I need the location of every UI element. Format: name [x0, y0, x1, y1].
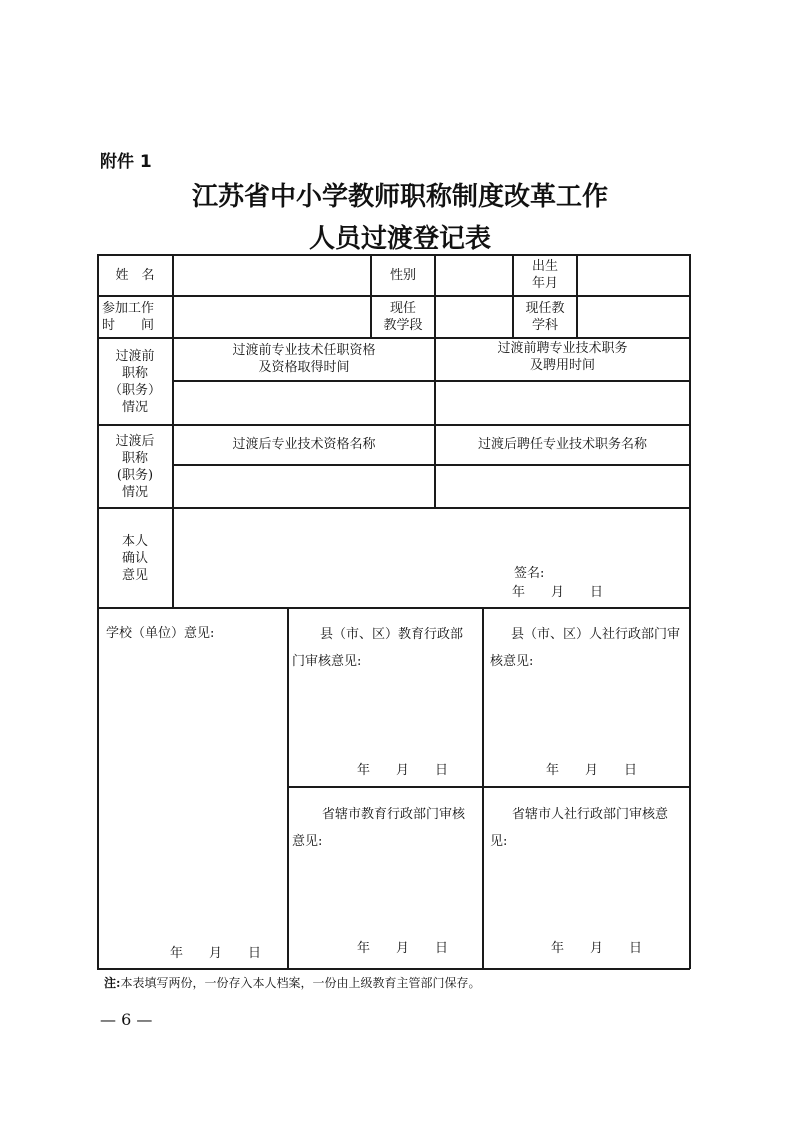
city-hr-opinion-label-line2: 见: — [490, 833, 507, 850]
city-edu-opinion-label-line2: 意见: — [292, 833, 322, 850]
footnote-text: 本表填写两份，一份存入本人档案，一份由上级教育主管部门保存。 — [120, 976, 480, 990]
birth-label-line2: 年月 — [532, 275, 558, 292]
work-start-field[interactable] — [174, 298, 369, 336]
work-start-label: 参加工作 时 间 — [98, 297, 172, 337]
after-qualification-header: 过渡后专业技术资格名称 — [174, 425, 434, 464]
county-hr-opinion-date: 年 月 日 — [546, 762, 637, 779]
page-number: — 6 — — [100, 1010, 152, 1029]
before-position-field[interactable] — [436, 382, 688, 423]
before-label-line4: 情况 — [122, 399, 148, 416]
row-divider — [287, 786, 690, 788]
before-position-header-line2: 及聘用时间 — [530, 357, 595, 374]
confirm-label-line1: 本人 — [122, 533, 148, 550]
birth-label: 出生 年月 — [514, 255, 576, 295]
signature-label: 签名: — [514, 565, 544, 582]
before-label-line3: （职务） — [109, 382, 161, 399]
after-label-line2: 职称 — [122, 450, 148, 467]
document-subtitle: 人员过渡登记表 — [0, 218, 800, 255]
before-label-line1: 过渡前 — [115, 348, 154, 365]
before-qualification-header: 过渡前专业技术任职资格 及资格取得时间 — [174, 338, 434, 380]
confirm-label-line2: 确认 — [122, 550, 148, 567]
subject-label-line1: 现任教 — [525, 300, 564, 317]
confirm-opinion-field[interactable] — [174, 509, 688, 564]
before-label-line2: 职称 — [122, 365, 148, 382]
school-opinion-date: 年 月 日 — [170, 945, 261, 962]
before-qualification-field[interactable] — [174, 382, 433, 423]
table-border-bottom — [97, 968, 690, 970]
stage-field[interactable] — [436, 298, 511, 336]
after-section-label: 过渡后 职称 (职务) 情况 — [98, 426, 172, 507]
footnote-prefix: 注: — [104, 976, 120, 990]
after-position-field[interactable] — [436, 466, 688, 506]
gender-field[interactable] — [436, 256, 511, 294]
birth-label-line1: 出生 — [532, 258, 558, 275]
before-section-label: 过渡前 职称 （职务） 情况 — [98, 339, 172, 424]
work-start-label-line2: 时 间 — [98, 317, 172, 334]
subject-field[interactable] — [578, 298, 688, 336]
gender-label: 性别 — [372, 255, 434, 295]
birth-field[interactable] — [578, 256, 688, 294]
city-hr-opinion-label-line1: 省辖市人社行政部门审核意 — [512, 806, 668, 823]
stage-label-line1: 现任 — [390, 300, 416, 317]
after-position-header: 过渡后聘任专业技术职务名称 — [436, 425, 689, 464]
col-divider — [287, 607, 289, 968]
footnote: 注:本表填写两份，一份存入本人档案，一份由上级教育主管部门保存。 — [104, 974, 480, 991]
county-hr-opinion-label-line2: 核意见: — [490, 653, 533, 670]
county-edu-opinion-label-line2: 门审核意见: — [292, 653, 361, 670]
after-label-line3: (职务) — [117, 467, 153, 484]
after-qualification-field[interactable] — [174, 466, 433, 506]
subject-label-line2: 学科 — [532, 317, 558, 334]
city-edu-opinion-label-line1: 省辖市教育行政部门审核 — [322, 806, 465, 823]
stage-label: 现任 教学段 — [372, 297, 434, 337]
before-qualification-header-line1: 过渡前专业技术任职资格 — [232, 342, 375, 359]
subject-label: 现任教 学科 — [514, 297, 576, 337]
row-divider — [97, 607, 690, 609]
document-title: 江苏省中小学教师职称制度改革工作 — [0, 176, 800, 213]
confirm-section-label: 本人 确认 意见 — [98, 509, 172, 607]
name-field[interactable] — [174, 256, 369, 294]
after-label-line4: 情况 — [122, 484, 148, 501]
city-hr-opinion-date: 年 月 日 — [551, 940, 642, 957]
confirm-label-line3: 意见 — [122, 567, 148, 584]
table-border-right — [689, 254, 691, 969]
work-start-label-line1: 参加工作 — [98, 300, 172, 317]
before-position-header-line1: 过渡前聘专业技术职务 — [497, 340, 627, 357]
county-edu-opinion-label-line1: 县（市、区）教育行政部 — [320, 626, 463, 643]
school-opinion-label: 学校（单位）意见: — [106, 625, 214, 642]
name-label: 姓 名 — [98, 255, 172, 295]
col-divider — [482, 607, 484, 968]
attachment-label: 附件 1 — [100, 147, 152, 172]
before-qualification-header-line2: 及资格取得时间 — [258, 359, 349, 376]
after-label-line1: 过渡后 — [115, 433, 154, 450]
county-hr-opinion-label-line1: 县（市、区）人社行政部门审 — [511, 626, 680, 643]
county-edu-opinion-date: 年 月 日 — [357, 762, 448, 779]
city-edu-opinion-date: 年 月 日 — [357, 940, 448, 957]
confirm-date: 年 月 日 — [512, 584, 603, 601]
stage-label-line2: 教学段 — [383, 317, 422, 334]
before-position-header: 过渡前聘专业技术职务 及聘用时间 — [436, 338, 689, 382]
